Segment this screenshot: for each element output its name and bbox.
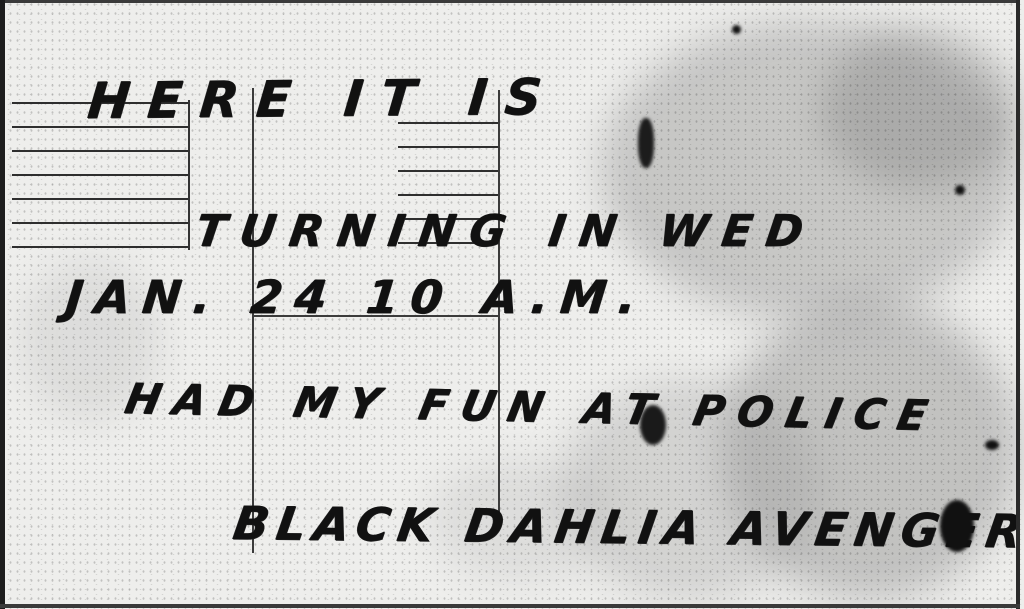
ink-speck: [732, 25, 741, 34]
handwriting-line-3: JAN. 24 10 A.M.: [63, 270, 651, 324]
ink-speck: [985, 440, 999, 450]
handwriting-signature: BLACK DAHLIA AVENGER: [230, 496, 1024, 558]
ink-blot: [640, 405, 666, 445]
ink-blot: [638, 118, 654, 168]
scan-border-right: [1016, 0, 1020, 609]
scan-border-top: [0, 0, 1020, 3]
handwriting-line-1: HERE IT IS: [85, 68, 562, 130]
scan-border-bottom: [0, 604, 1020, 608]
ink-blot: [940, 500, 974, 552]
scan-border-left: [0, 0, 5, 609]
postcard-scan: HERE IT IS TURNING IN WED JAN. 24 10 A.M…: [0, 0, 1024, 609]
handwriting-line-2: TURNING IN WED: [192, 206, 820, 257]
ink-speck: [955, 185, 965, 195]
